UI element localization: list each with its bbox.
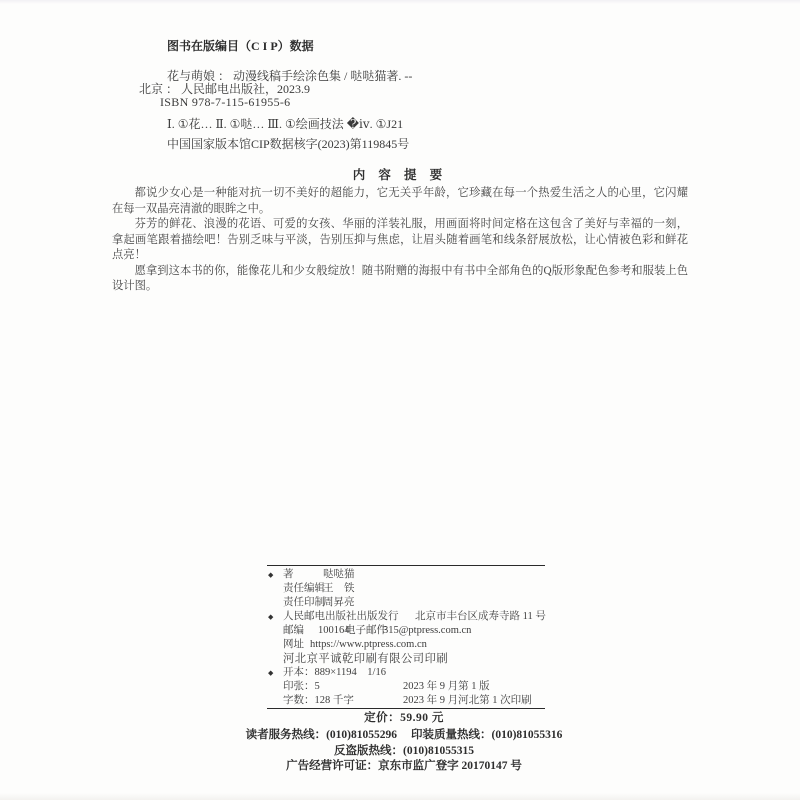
impression-value: 2023 年 9 月河北第 1 次印刷 [403, 694, 532, 708]
email-value: 315@ptpress.com.cn [383, 624, 471, 638]
price-line: 定价：59.90 元 [4, 709, 800, 725]
page-top-edge [0, 0, 800, 4]
hotline-row-1: 读者服务热线：(010)81055296印装质量热线：(010)81055316 [4, 726, 800, 742]
wordcount-label: 字数：128 千字 [283, 695, 354, 706]
colophon-row-postcode-email: 邮编 100164 电子邮件 315@ptpress.com.cn [267, 624, 545, 638]
colophon-box: ◆ 著 哒哒猫 责任编辑 王 铁 责任印制 周昇亮 ◆ 人民邮电出版社出版发行 … [267, 565, 545, 709]
colophon-row-format: ◆ 开本：889×1194 1/16 [267, 666, 545, 680]
copyright-page: 图书在版编目（C I P）数据 花与萌娘 ： 动漫线稿手绘涂色集 / 哒哒猫著.… [0, 0, 800, 800]
sheets-label: 印张：5 [283, 681, 320, 692]
reader-hotline: 读者服务热线：(010)81055296 [246, 729, 397, 741]
summary-body: 都说少女心是一种能对抗一切不美好的超能力，它无关乎年龄，它珍藏在每一个热爱生活之… [112, 186, 688, 295]
page-bottom-edge [0, 793, 800, 800]
diamond-bullet-icon: ◆ [268, 610, 273, 624]
summary-heading: 内 容 提 要 [0, 165, 800, 183]
publisher-address: 北京市丰台区成寿寺路 11 号 [415, 610, 546, 624]
website-label: 网址 [283, 639, 304, 650]
cip-heading: 图书在版编目（C I P）数据 [167, 40, 314, 53]
author-label: 著 [283, 568, 323, 582]
summary-paragraph-1: 都说少女心是一种能对抗一切不美好的超能力，它无关乎年龄，它珍藏在每一个热爱生活之… [112, 186, 688, 217]
printer-line: 河北京平诚乾印刷有限公司印刷 [283, 653, 448, 665]
colophon-row-editor: 责任编辑 王 铁 [267, 582, 545, 596]
print-supervisor-label: 责任印制 [283, 596, 323, 610]
summary-paragraph-2: 芬芳的鲜花、浪漫的花语、可爱的女孩、华丽的洋装礼服，用画面将时间定格在这包含了美… [112, 217, 688, 264]
print-supervisor-value: 周昇亮 [323, 596, 355, 610]
cip-isbn-line: ISBN 978-7-115-61955-6 [160, 96, 290, 109]
colophon-row-print-supervisor: 责任印制 周昇亮 [267, 596, 545, 610]
website-value: https://www.ptpress.com.cn [310, 638, 427, 652]
postcode-label: 邮编 [283, 625, 304, 636]
diamond-bullet-icon: ◆ [268, 568, 273, 582]
cip-classification-line: Ⅰ. ①花… Ⅱ. ①哒… Ⅲ. ①绘画技法 �ⅳ. ①J21 [167, 118, 403, 131]
colophon-row-author: ◆ 著 哒哒猫 [267, 568, 545, 582]
antipiracy-hotline: 反盗版热线：(010)81055315 [4, 742, 800, 758]
colophon-row-printer: 河北京平诚乾印刷有限公司印刷 [267, 652, 545, 666]
publisher-line: 人民邮电出版社出版发行 [283, 611, 399, 622]
format-line: 开本：889×1194 1/16 [283, 667, 386, 678]
colophon-row-wordcount-impression: 字数：128 千字 2023 年 9 月河北第 1 次印刷 [267, 694, 545, 708]
summary-paragraph-3: 愿拿到这本书的你，能像花儿和少女般绽放！随书附赠的海报中有书中全部角色的Q版形象… [112, 264, 688, 295]
edition-value: 2023 年 9 月第 1 版 [403, 680, 490, 694]
colophon-row-website: 网址 https://www.ptpress.com.cn [267, 638, 545, 652]
author-value: 哒哒猫 [323, 568, 355, 582]
colophon-row-sheets-edition: 印张：5 2023 年 9 月第 1 版 [267, 680, 545, 694]
quality-hotline: 印装质量热线：(010)81055316 [411, 729, 562, 741]
email-label: 电子邮件 [345, 624, 387, 638]
colophon-row-publisher: ◆ 人民邮电出版社出版发行 北京市丰台区成寿寺路 11 号 [267, 610, 545, 624]
ad-license-line: 广告经营许可证：京东市监广登字 20170147 号 [4, 757, 800, 773]
editor-label: 责任编辑 [283, 582, 323, 596]
editor-value: 王 铁 [323, 582, 355, 596]
diamond-bullet-icon: ◆ [268, 666, 273, 680]
cip-registry-line: 中国国家版本馆CIP数据核字(2023)第119845号 [167, 138, 409, 151]
